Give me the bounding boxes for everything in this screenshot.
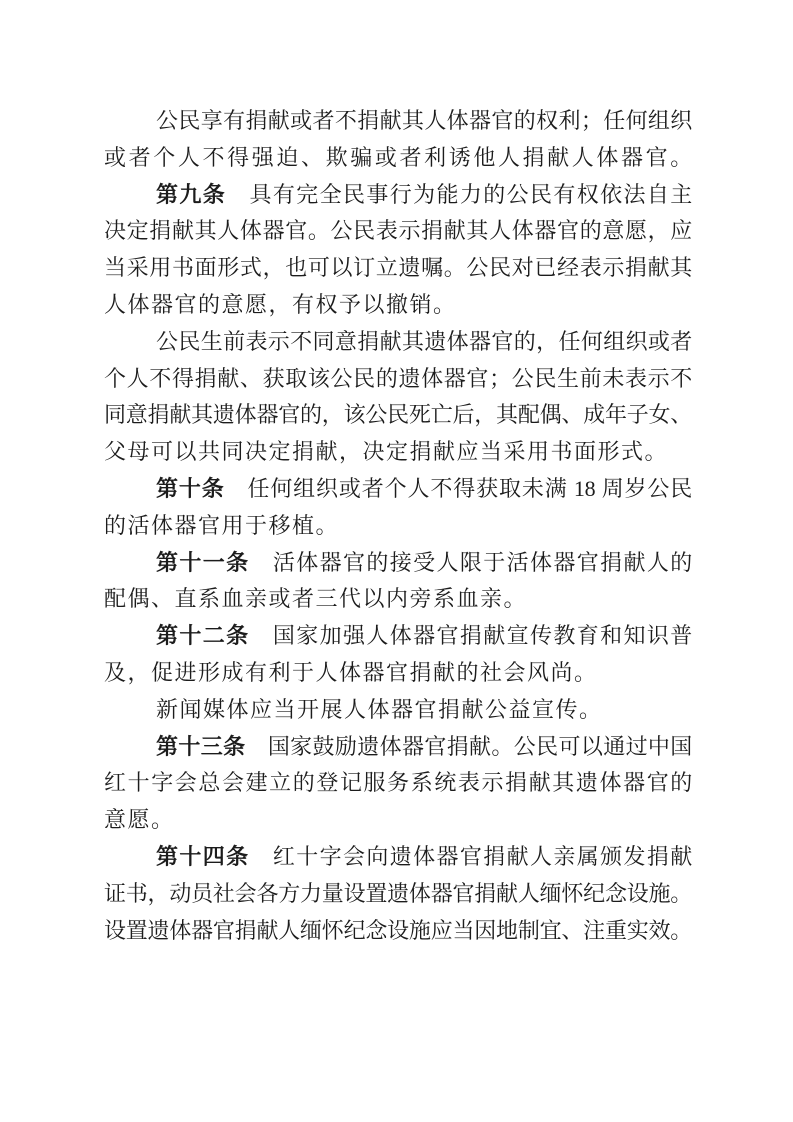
text-line: 第十二条 国家加强人体器官捐献宣传教育和知识普 (104, 618, 692, 655)
text-line: 意愿。 (104, 802, 692, 839)
line-text: 及，促进形成有利于人体器官捐献的社会风尚。 (104, 660, 598, 685)
text-line: 配偶、直系血亲或者三代以内旁系血亲。 (104, 581, 692, 618)
line-text: 具有完全民事行为能力的公民有权依法自主 (226, 182, 692, 207)
text-line: 同意捐献其遗体器官的，该公民死亡后，其配偶、成年子女、 (104, 397, 692, 434)
line-text: 公民生前表示不同意捐献其遗体器官的，任何组织或者 (156, 329, 692, 354)
line-text: 配偶、直系血亲或者三代以内旁系血亲。 (104, 586, 527, 611)
text-line: 第十一条 活体器官的接受人限于活体器官捐献人的 (104, 545, 692, 582)
line-text: 决定捐献其人体器官。公民表示捐献其人体器官的意愿，应 (104, 218, 692, 243)
text-line: 的活体器官用于移植。 (104, 508, 692, 545)
article-number: 第十条 (156, 476, 225, 501)
text-line: 第十四条 红十字会向遗体器官捐献人亲属颁发捐献 (104, 839, 692, 876)
text-line: 红十字会总会建立的登记服务系统表示捐献其遗体器官的 (104, 765, 692, 802)
document-page: 公民享有捐献或者不捐献其人体器官的权利；任何组织或者个人不得强迫、欺骗或者利诱他… (0, 0, 793, 1122)
line-text: 人体器官的意愿，有权予以撤销。 (104, 292, 457, 317)
article-number: 第九条 (156, 182, 226, 207)
line-text: 活体器官的接受人限于活体器官捐献人的 (250, 550, 692, 575)
line-text: 同意捐献其遗体器官的，该公民死亡后，其配偶、成年子女、 (104, 402, 692, 427)
line-text: 证书，动员社会各方力量设置遗体器官捐献人缅怀纪念设施。 (104, 881, 692, 906)
line-text: 意愿。 (104, 807, 175, 832)
line-text: 或者个人不得强迫、欺骗或者利诱他人捐献人体器官。 (104, 145, 692, 170)
line-text: 公民享有捐献或者不捐献其人体器官的权利；任何组织 (156, 108, 692, 133)
text-line: 证书，动员社会各方力量设置遗体器官捐献人缅怀纪念设施。 (104, 876, 692, 913)
line-text: 红十字会总会建立的登记服务系统表示捐献其遗体器官的 (104, 770, 692, 795)
article-number: 第十二条 (156, 623, 250, 648)
text-line: 当采用书面形式，也可以订立遗嘱。公民对已经表示捐献其 (104, 250, 692, 287)
line-text: 设置遗体器官捐献人缅怀纪念设施应当因地制宜、注重实效。 (104, 918, 692, 943)
line-text: 任何组织或者个人不得获取未满 18 周岁公民 (225, 476, 692, 501)
article-number: 第十三条 (156, 734, 245, 759)
text-line: 及，促进形成有利于人体器官捐献的社会风尚。 (104, 655, 692, 692)
line-text: 国家加强人体器官捐献宣传教育和知识普 (250, 623, 692, 648)
text-line: 第十三条 国家鼓励遗体器官捐献。公民可以通过中国 (104, 729, 692, 766)
article-number: 第十一条 (156, 550, 250, 575)
text-line: 公民享有捐献或者不捐献其人体器官的权利；任何组织 (104, 103, 692, 140)
text-line: 个人不得捐献、获取该公民的遗体器官；公民生前未表示不 (104, 361, 692, 398)
line-text: 新闻媒体应当开展人体器官捐献公益宣传。 (156, 697, 603, 722)
line-text: 父母可以共同决定捐献，决定捐献应当采用书面形式。 (104, 439, 668, 464)
text-line: 第九条 具有完全民事行为能力的公民有权依法自主 (104, 177, 692, 214)
text-block: 公民享有捐献或者不捐献其人体器官的权利；任何组织或者个人不得强迫、欺骗或者利诱他… (104, 103, 692, 949)
text-line: 父母可以共同决定捐献，决定捐献应当采用书面形式。 (104, 434, 692, 471)
line-text: 当采用书面形式，也可以订立遗嘱。公民对已经表示捐献其 (104, 255, 692, 280)
line-text: 国家鼓励遗体器官捐献。公民可以通过中国 (245, 734, 692, 759)
text-line: 人体器官的意愿，有权予以撤销。 (104, 287, 692, 324)
text-line: 决定捐献其人体器官。公民表示捐献其人体器官的意愿，应 (104, 213, 692, 250)
article-number: 第十四条 (156, 844, 250, 869)
text-line: 设置遗体器官捐献人缅怀纪念设施应当因地制宜、注重实效。 (104, 913, 692, 950)
line-text: 个人不得捐献、获取该公民的遗体器官；公民生前未表示不 (104, 366, 692, 391)
text-line: 第十条 任何组织或者个人不得获取未满 18 周岁公民 (104, 471, 692, 508)
text-line: 公民生前表示不同意捐献其遗体器官的，任何组织或者 (104, 324, 692, 361)
line-text: 的活体器官用于移植。 (104, 513, 339, 538)
line-text: 红十字会向遗体器官捐献人亲属颁发捐献 (250, 844, 692, 869)
text-line: 或者个人不得强迫、欺骗或者利诱他人捐献人体器官。 (104, 140, 692, 177)
text-line: 新闻媒体应当开展人体器官捐献公益宣传。 (104, 692, 692, 729)
